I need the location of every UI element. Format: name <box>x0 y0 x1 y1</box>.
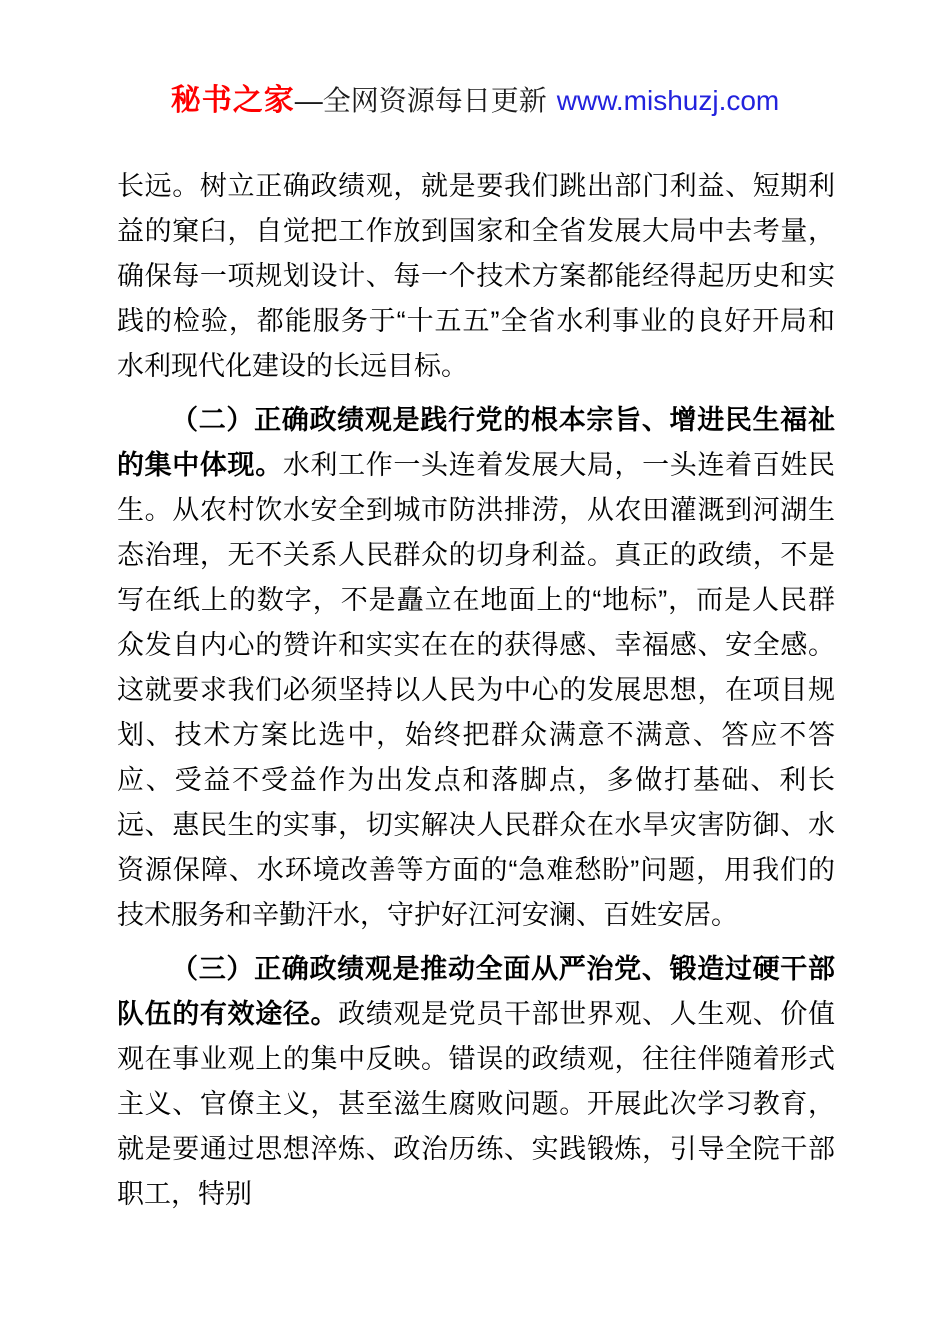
paragraph-continuation: 长远。树立正确政绩观，就是要我们跳出部门利益、短期利益的窠臼，自觉把工作放到国家… <box>117 164 835 389</box>
document-body: 长远。树立正确政绩观，就是要我们跳出部门利益、短期利益的窠臼，自觉把工作放到国家… <box>117 164 835 1217</box>
paragraph-section-3: （三）正确政绩观是推动全面从严治党、锻造过硬干部队伍的有效途径。政绩观是党员干部… <box>117 947 835 1217</box>
site-url: www.mishuzj.com <box>557 85 779 116</box>
paragraph-text: 长远。树立正确政绩观，就是要我们跳出部门利益、短期利益的窠臼，自觉把工作放到国家… <box>117 171 835 381</box>
paragraph-text: 政绩观是党员干部世界观、人生观、价值观在事业观上的集中反映。错误的政绩观，往往伴… <box>117 999 835 1209</box>
site-header: 秘书之家—全网资源每日更新www.mishuzj.com <box>0 0 950 118</box>
document-page: 秘书之家—全网资源每日更新www.mishuzj.com 长远。树立正确政绩观，… <box>0 0 950 1344</box>
site-tagline: —全网资源每日更新 <box>295 85 547 116</box>
site-name: 秘书之家 <box>171 84 295 117</box>
paragraph-text: 水利工作一头连着发展大局，一头连着百姓民生。从农村饮水安全到城市防洪排涝，从农田… <box>117 450 835 930</box>
paragraph-section-2: （二）正确政绩观是践行党的根本宗旨、增进民生福祉的集中体现。水利工作一头连着发展… <box>117 398 835 938</box>
